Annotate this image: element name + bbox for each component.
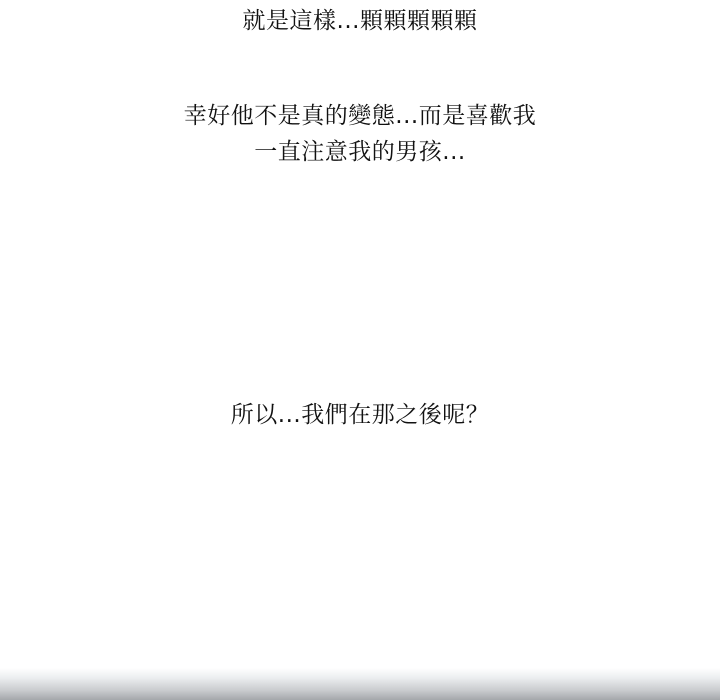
caption-3: 一直注意我的男孩...: [0, 137, 720, 167]
bottom-gradient-divider: [0, 668, 720, 700]
caption-4: 所以...我們在那之後呢？: [0, 400, 720, 430]
caption-2: 幸好他不是真的變態...而是喜歡我: [0, 101, 720, 131]
caption-1: 就是這樣...顆顆顆顆顆: [0, 6, 720, 36]
